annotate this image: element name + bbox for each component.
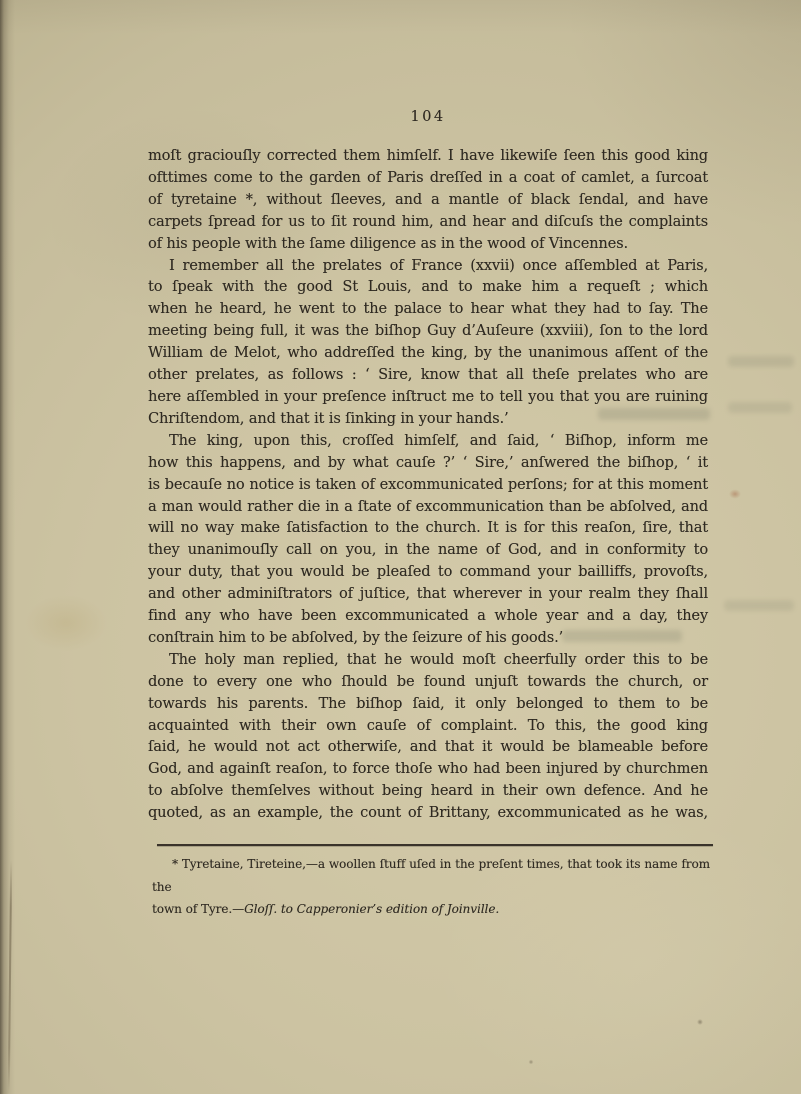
text-line: Chriſtendom, and that it is ſinking in y…	[148, 409, 708, 431]
footnote-line-2: town of Tyre.—Gloſſ. to Capperonier’s ed…	[152, 898, 710, 921]
text-line: conſtrain him to be abſolved, by the ſei…	[148, 628, 708, 650]
footnote-line-2-roman: town of Tyre.—	[152, 902, 244, 916]
ink-showthrough	[728, 402, 792, 413]
text-line: I remember all the prelates of France (x…	[148, 256, 708, 278]
text-line: find any who have been excommunicated a …	[148, 606, 708, 628]
text-line: of tyretaine *, without ſleeves, and a m…	[148, 190, 708, 212]
footnote-line-2-italic: Gloſſ. to Capperonier’s edition of Joinv…	[244, 902, 499, 916]
page-text: moſt graciouſly corrected them himſelf. …	[148, 146, 708, 825]
ink-showthrough	[728, 356, 794, 367]
ink-showthrough	[724, 600, 794, 611]
text-line: is becauſe no notice is taken of excommu…	[148, 475, 708, 497]
text-line: how this happens, and by what cauſe ?’ ‘…	[148, 453, 708, 475]
text-line: when he heard, he went to the palace to …	[148, 299, 708, 321]
footnote-line-1: * Tyretaine, Tireteine,—a woollen ſtuff …	[152, 853, 710, 898]
paragraph-3: The king, upon this, croſſed himſelf, an…	[148, 431, 708, 650]
paragraph-1: moſt graciouſly corrected them himſelf. …	[148, 146, 708, 256]
page-number: 104	[148, 109, 708, 125]
paragraph-2: I remember all the prelates of France (x…	[148, 256, 708, 431]
text-line: of his people with the ſame diligence as…	[148, 234, 708, 256]
paragraph-4: The holy man replied, that he would moſt…	[148, 650, 708, 825]
text-line: William de Melot, who addreſſed the king…	[148, 343, 708, 365]
text-line: carpets ſpread for us to ſit round him, …	[148, 212, 708, 234]
text-line: here aſſembled in your preſence inſtruct…	[148, 387, 708, 409]
text-line: your duty, that you would be pleaſed to …	[148, 562, 708, 584]
paper-crease	[8, 860, 12, 1094]
footnote-rule	[157, 844, 713, 846]
text-line: The holy man replied, that he would moſt…	[148, 650, 708, 672]
text-line: other prelates, as follows : ‘ Sire, kno…	[148, 365, 708, 387]
text-line: to abſolve themſelves without being hear…	[148, 781, 708, 803]
book-page-scan: 104 moſt graciouſly corrected them himſe…	[0, 0, 801, 1094]
text-line: they unanimouſly call on you, in the nam…	[148, 540, 708, 562]
text-line: meeting being full, it was the biſhop Gu…	[148, 321, 708, 343]
text-line: to ſpeak with the good St Louis, and to …	[148, 277, 708, 299]
text-line: moſt graciouſly corrected them himſelf. …	[148, 146, 708, 168]
text-line: and other adminiſtrators of juſtice, tha…	[148, 584, 708, 606]
text-line: ofttimes come to the garden of Paris dre…	[148, 168, 708, 190]
footnote: * Tyretaine, Tireteine,—a woollen ſtuff …	[152, 853, 710, 921]
text-line: The king, upon this, croſſed himſelf, an…	[148, 431, 708, 453]
text-line: will no way make ſatisfaction to the chu…	[148, 518, 708, 540]
text-line: ſaid, he would not act otherwiſe, and th…	[148, 737, 708, 759]
text-line: God, and againſt reaſon, to force thoſe …	[148, 759, 708, 781]
text-line: quoted, as an example, the count of Brit…	[148, 803, 708, 825]
text-line: done to every one who ſhould be found un…	[148, 672, 708, 694]
text-line: acquainted with their own cauſe of compl…	[148, 716, 708, 738]
text-line: towards his parents. The biſhop ſaid, it…	[148, 694, 708, 716]
text-line: a man would rather die in a ſtate of exc…	[148, 497, 708, 519]
